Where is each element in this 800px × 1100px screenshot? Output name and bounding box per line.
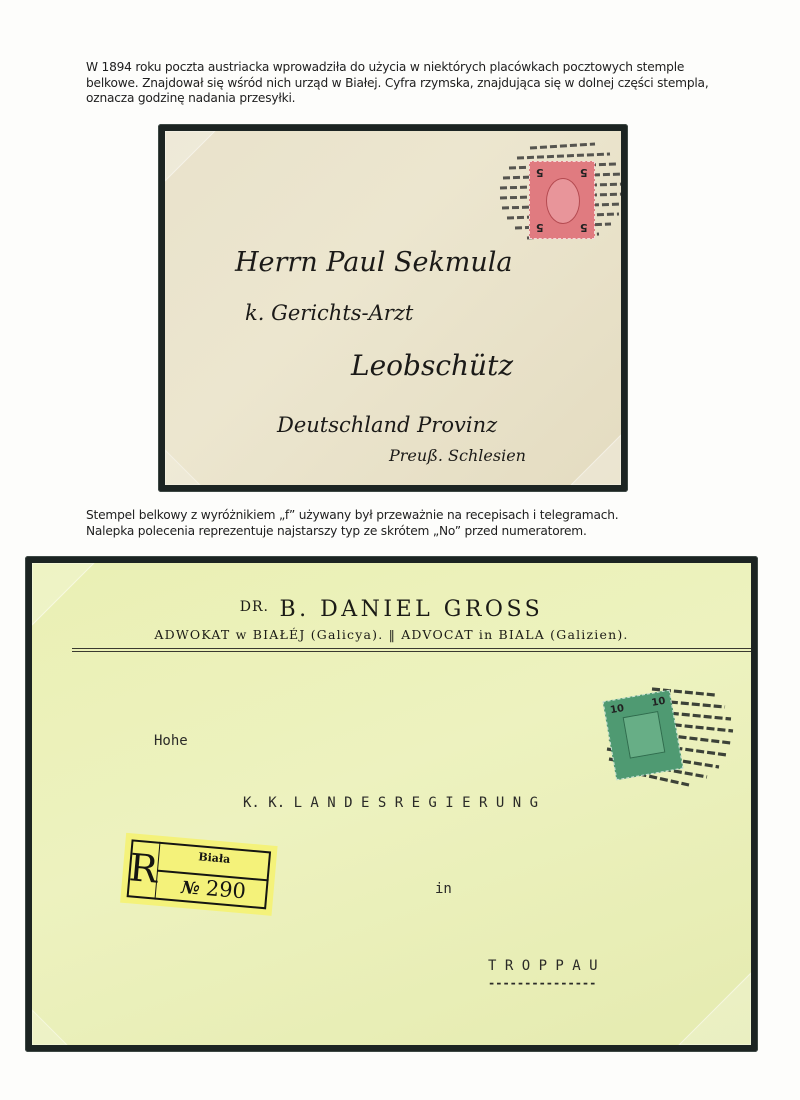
mount-corner-icon <box>561 425 621 485</box>
postage-stamp-green: 10 10 <box>603 690 684 781</box>
letterhead-title-name: B. DANIEL GROSS <box>280 597 544 622</box>
mount-corner-icon <box>671 965 751 1045</box>
address-line: Preuß. Schlesien <box>389 446 526 465</box>
emperor-portrait-icon <box>546 178 580 224</box>
address-line: in <box>435 881 452 897</box>
caption-middle-line-2: Nalepka polecenia reprezentuje najstarsz… <box>86 524 726 540</box>
registration-letter: R <box>127 839 161 899</box>
letterhead-title: DR. B. DANIEL GROSS <box>32 597 751 622</box>
address-line: Hohe <box>154 733 188 749</box>
mount-corner-icon <box>32 1005 72 1045</box>
envelope-2: DR. B. DANIEL GROSS ADWOKAT w BIAŁÉJ (Ga… <box>32 563 751 1045</box>
caption-middle-line-1: Stempel belkowy z wyróżnikiem „f” używan… <box>86 508 726 524</box>
letterhead-subtitle: ADWOKAT w BIAŁÉJ (Galicya). ‖ ADVOCAT in… <box>32 627 751 642</box>
address-line: K. K. L A N D E S R E G I E R U N G <box>243 795 538 811</box>
letterhead-rule <box>72 651 751 652</box>
address-line: Herrn Paul Sekmula <box>235 247 513 278</box>
letterhead-title-prefix: DR. <box>240 599 269 615</box>
caption-middle: Stempel belkowy z wyróżnikiem „f” używan… <box>86 508 726 539</box>
mount-corner-icon <box>165 445 205 485</box>
address-line: Leobschütz <box>351 349 513 382</box>
caption-top: W 1894 roku poczta austriacka wprowadził… <box>86 60 726 107</box>
letterhead-rule <box>72 648 751 649</box>
address-line: T R O P P A U <box>488 958 598 974</box>
address-line: Deutschland Provinz <box>277 413 497 437</box>
album-mount-envelope-1: 5 5 5 5 Herrn Paul Sekmula k. Gerichts-A… <box>158 124 628 492</box>
mount-corner-icon <box>165 131 225 191</box>
postage-stamp-red: 5 5 5 5 <box>529 161 595 239</box>
address-underline: --------------- <box>488 976 596 990</box>
envelope-1: 5 5 5 5 Herrn Paul Sekmula k. Gerichts-A… <box>165 131 621 485</box>
registration-label: R Biała №290 <box>122 835 275 914</box>
album-mount-envelope-2: DR. B. DANIEL GROSS ADWOKAT w BIAŁÉJ (Ga… <box>25 556 758 1052</box>
address-line: k. Gerichts-Arzt <box>245 301 413 325</box>
coat-of-arms-icon <box>623 711 666 759</box>
